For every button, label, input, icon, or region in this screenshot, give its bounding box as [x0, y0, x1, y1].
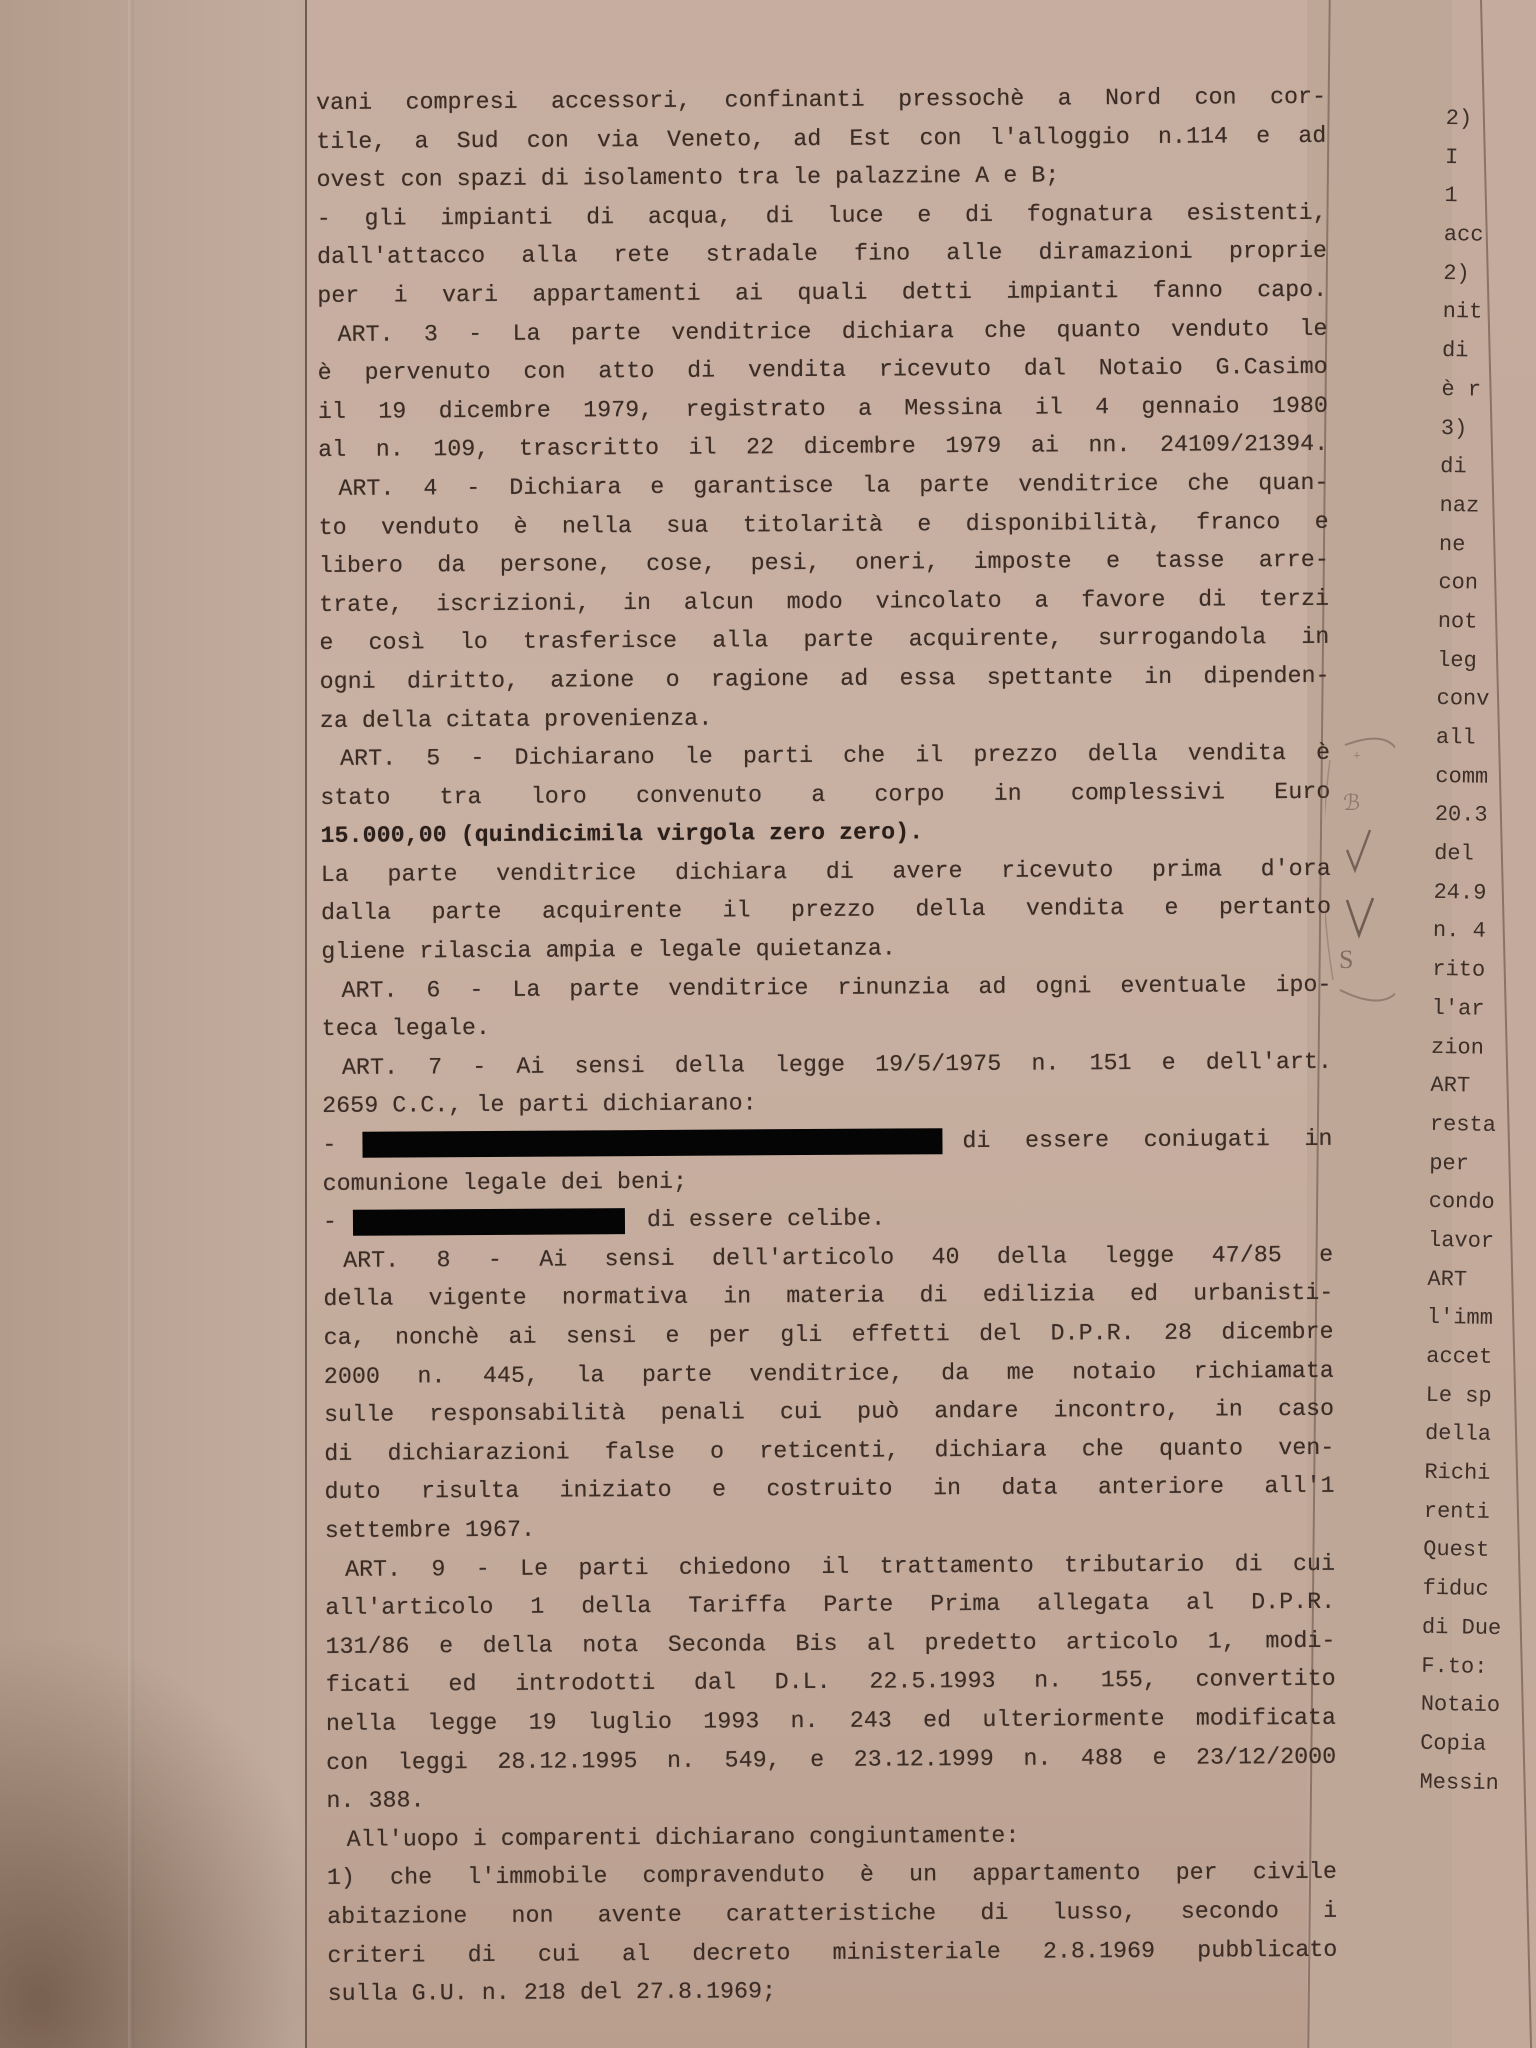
underlying-page-edge	[128, 0, 134, 2048]
document-line: per i vari appartamenti ai quali detti i…	[317, 271, 1327, 316]
document-line: 15.000,00 (quindicimila virgola zero zer…	[320, 811, 1330, 856]
document-line: ART. 8 - Ai sensi dell'articolo 40 della…	[323, 1236, 1333, 1281]
document-line: nella legge 19 luglio 1993 n. 243 ed ult…	[326, 1699, 1336, 1744]
document-line: ART. 6 - La parte venditrice rinunzia ad…	[321, 965, 1331, 1010]
adjacent-page-line: Messin	[1419, 1763, 1520, 1803]
articles-1-7: vani compresi accessori, confinanti pres…	[316, 78, 1332, 1126]
adjacent-page-line: di	[1440, 448, 1536, 488]
adjacent-page-line: condo	[1428, 1183, 1529, 1223]
adjacent-page-line: fiduc	[1422, 1570, 1523, 1610]
adjacent-page-line: Notaio	[1420, 1686, 1521, 1726]
adjacent-page-line: F.to:	[1421, 1647, 1522, 1687]
document-line: duto risulta iniziato e costruito in dat…	[324, 1467, 1334, 1512]
redaction-bar	[353, 1208, 625, 1236]
word: coniugati	[1144, 1120, 1270, 1159]
adjacent-page-line: l'ar	[1431, 990, 1532, 1030]
document-line: ART. 5 - Dichiarano le parti che il prez…	[320, 734, 1330, 779]
adjacent-page-line: con	[1438, 564, 1536, 604]
document-line: ART. 4 - Dichiara e garantisce la parte …	[318, 464, 1328, 509]
document-line: ogni diritto, azione o ragione ad essa s…	[320, 657, 1330, 702]
adjacent-page-line: 24.9	[1433, 874, 1534, 914]
adjacent-page-line: naz	[1439, 487, 1536, 527]
document-line: e così lo trasferisce alla parte acquire…	[319, 618, 1329, 663]
document-line: abitazione non avente caratteristiche di…	[327, 1892, 1337, 1937]
document-line: ficati ed introdotti dal D.L. 22.5.1993 …	[326, 1660, 1336, 1705]
adjacent-page-line: 2)	[1445, 100, 1536, 140]
document-line: 2000 n. 445, la parte venditrice, da me …	[324, 1351, 1334, 1396]
adjacent-page-line: nit	[1442, 293, 1536, 333]
adjacent-page-line: della	[1425, 1415, 1526, 1455]
document-line: stato tra loro convenuto a corpo in comp…	[320, 773, 1330, 818]
adjacent-page-line: del	[1434, 835, 1535, 875]
redacted-line-coniugati: - diessereconiugatiin	[322, 1120, 1332, 1165]
adjacent-page-line: comm	[1435, 758, 1536, 798]
document-line: - gli impianti di acqua, di luce e di fo…	[317, 194, 1327, 239]
adjacent-page-line: di Due	[1422, 1609, 1523, 1649]
redacted-line-suffix: diessereconiugatiin	[962, 1120, 1332, 1161]
adjacent-page-line: not	[1437, 603, 1536, 643]
document-line: ART. 7 - Ai sensi della legge 19/5/1975 …	[322, 1043, 1332, 1088]
adjacent-page-line: acc	[1444, 216, 1536, 256]
adjacent-page-line: zion	[1431, 1028, 1532, 1068]
document-line: teca legale.	[322, 1004, 1332, 1049]
celibe-text: di essere celibe.	[647, 1200, 885, 1240]
adjacent-page-line: di	[1442, 332, 1536, 372]
document-line: settembre 1967.	[325, 1506, 1335, 1551]
adjacent-page-line: all	[1436, 719, 1536, 759]
document-line: ovest con spazi di isolamento tra le pal…	[316, 155, 1326, 200]
dash: -	[323, 1203, 337, 1242]
adjacent-page-line: n. 4	[1433, 912, 1534, 952]
adjacent-page-line: ne	[1439, 526, 1536, 566]
document-line: n. 388.	[326, 1776, 1336, 1821]
adjacent-page-line: 20.3	[1434, 796, 1535, 836]
document-line: di dichiarazioni false o reticenti, dich…	[324, 1429, 1334, 1474]
document-line: ART. 3 - La parte venditrice dichiara ch…	[317, 309, 1327, 354]
document-line: trate, iscrizioni, in alcun modo vincola…	[319, 580, 1329, 625]
adjacent-page-line: ART	[1430, 1067, 1531, 1107]
word: in	[1304, 1120, 1332, 1159]
adjacent-page-line: resta	[1430, 1106, 1531, 1146]
document-body: vani compresi accessori, confinanti pres…	[316, 78, 1338, 2014]
document-line: libero da persone, cose, pesi, oneri, im…	[319, 541, 1329, 586]
document-line: al n. 109, trascritto il 22 dicembre 197…	[318, 425, 1328, 470]
document-line: dalla parte acquirente il prezzo della v…	[321, 888, 1331, 933]
adjacent-page-line: Copia	[1420, 1725, 1521, 1765]
adjacent-page-line: è r	[1441, 371, 1536, 411]
adjacent-page-line: I	[1445, 139, 1536, 179]
document-line: 1) che l'immobile compravenduto è un app…	[327, 1853, 1337, 1898]
comunione-line: comunione legale dei beni;	[323, 1158, 1333, 1203]
document-line: dall'attacco alla rete stradale fino all…	[317, 232, 1327, 277]
document-line: il 19 dicembre 1979, registrato a Messin…	[318, 387, 1328, 432]
document-line: ca, nonchè ai sensi e per gli effetti de…	[324, 1313, 1334, 1358]
document-line: è pervenuto con atto di vendita ricevuto…	[318, 348, 1328, 393]
document-line: tile, a Sud con via Veneto, ad Est con l…	[316, 116, 1326, 161]
adjacent-page-line: ART	[1427, 1260, 1528, 1300]
document-line: All'uopo i comparenti dichiarano congiun…	[327, 1815, 1337, 1860]
document-line: za della citata provenienza.	[320, 695, 1330, 740]
document-line: 2659 C.C., le parti dichiarano:	[322, 1081, 1332, 1126]
document-line: con leggi 28.12.1995 n. 549, e 23.12.199…	[326, 1737, 1336, 1782]
document-line: gliene rilascia ampia e legale quietanza…	[321, 927, 1331, 972]
document-line: della vigente normativa in materia di ed…	[323, 1274, 1333, 1319]
word: di	[962, 1122, 990, 1161]
document-line: ART. 9 - Le parti chiedono il trattament…	[325, 1544, 1335, 1589]
adjacent-page-line: lavor	[1428, 1222, 1529, 1262]
adjacent-page-line: accet	[1426, 1338, 1527, 1378]
document-line: sulla G.U. n. 218 del 27.8.1969;	[328, 1969, 1338, 2014]
document-line: sulle responsabilità penali cui può anda…	[324, 1390, 1334, 1435]
redaction-bar	[362, 1129, 942, 1159]
adjacent-page-line: rito	[1432, 951, 1533, 991]
document-line: vani compresi accessori, confinanti pres…	[316, 78, 1326, 123]
document-line: all'articolo 1 della Tariffa Parte Prima…	[325, 1583, 1335, 1628]
adjacent-page-line: 2)	[1443, 255, 1536, 295]
document-line: La parte venditrice dichiara di avere ri…	[321, 850, 1331, 895]
articles-8-9: ART. 8 - Ai sensi dell'articolo 40 della…	[323, 1236, 1338, 2014]
adjacent-page-line: Le sp	[1425, 1377, 1526, 1417]
adjacent-page-line: conv	[1436, 680, 1536, 720]
redacted-line-celibe: - di essere celibe.	[323, 1197, 1333, 1242]
adjacent-page-line: 3)	[1441, 409, 1536, 449]
word: essere	[1025, 1121, 1109, 1160]
adjacent-page-line: Quest	[1423, 1531, 1524, 1571]
adjacent-page-line: per	[1429, 1144, 1530, 1184]
dash: -	[322, 1126, 336, 1165]
adjacent-page-line: leg	[1437, 642, 1536, 682]
adjacent-page-line: 1	[1444, 177, 1536, 217]
document-line: to venduto è nella sua titolarità e disp…	[319, 502, 1329, 547]
document-line: 131/86 e della nota Seconda Bis al prede…	[325, 1622, 1335, 1667]
document-line: criteri di cui al decreto ministeriale 2…	[327, 1930, 1337, 1975]
adjacent-page-line: l'imm	[1427, 1299, 1528, 1339]
adjacent-page-line: renti	[1424, 1493, 1525, 1533]
adjacent-page-line: Richi	[1424, 1454, 1525, 1494]
